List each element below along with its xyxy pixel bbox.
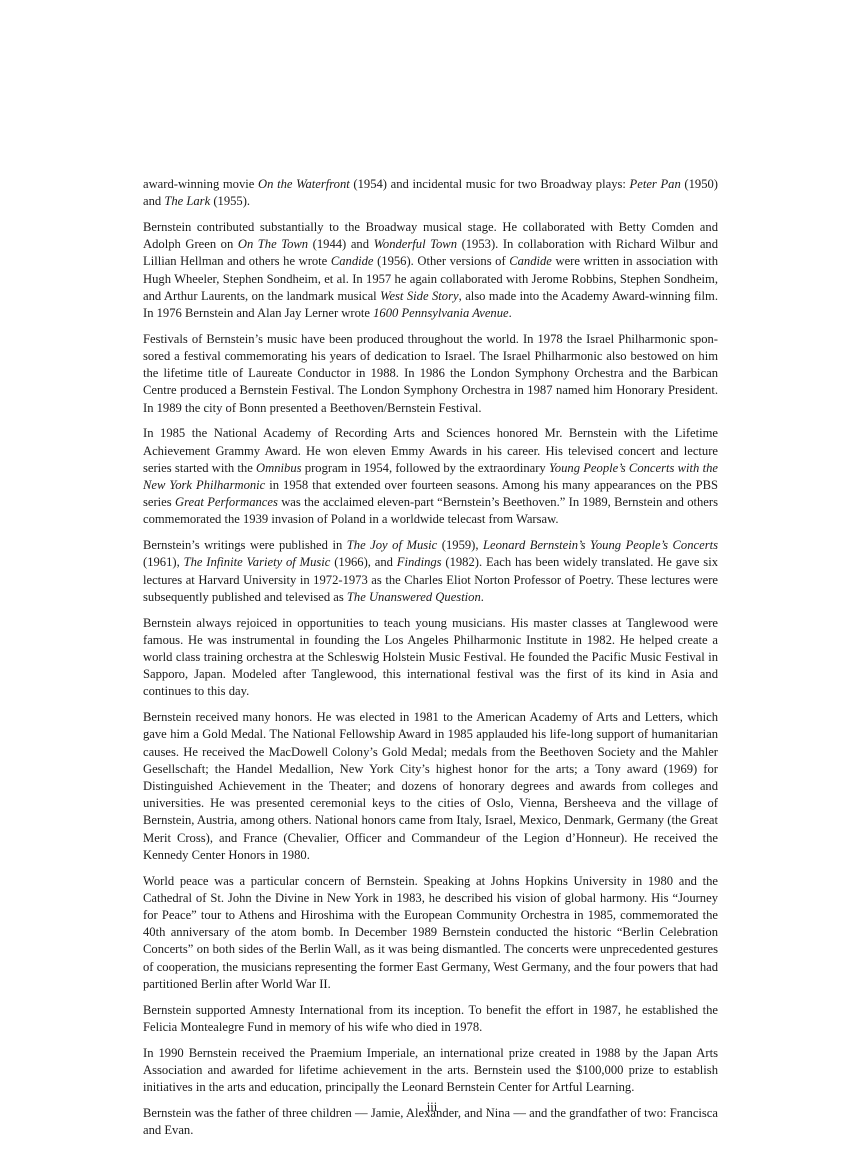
italic-title: 1600 Pennsylvania Avenue	[373, 306, 508, 320]
text-run: Bernstein received many honors. He was e…	[143, 710, 718, 862]
italic-title: Omnibus	[256, 461, 301, 475]
text-run: Bernstein’s writings were published in	[143, 538, 347, 552]
italic-title: The Lark	[164, 194, 210, 208]
text-run: Bernstein always rejoiced in opportuniti…	[143, 616, 718, 699]
text-run: award-winning movie	[143, 177, 258, 191]
italic-title: Peter Pan	[630, 177, 681, 191]
italic-title: Wonderful Town	[374, 237, 457, 251]
text-run: (1966), and	[330, 555, 396, 569]
italic-title: Candide	[509, 254, 552, 268]
italic-title: The Joy of Music	[347, 538, 438, 552]
italic-title: On the Waterfront	[258, 177, 350, 191]
italic-title: Candide	[331, 254, 374, 268]
paragraph-festivals: Festivals of Bernstein’s music have been…	[143, 331, 718, 417]
text-run: (1954) and incidental music for two Broa…	[350, 177, 630, 191]
text-run: (1961),	[143, 555, 184, 569]
text-run: (1955).	[210, 194, 250, 208]
document-body: award-winning movie On the Waterfront (1…	[143, 176, 718, 1148]
text-run: In 1990 Bernstein received the Praemium …	[143, 1046, 718, 1094]
paragraph-praemium: In 1990 Bernstein received the Praemium …	[143, 1045, 718, 1097]
paragraph-grammy-emmy: In 1985 the National Academy of Recordin…	[143, 425, 718, 528]
page-number: iii	[0, 1100, 864, 1115]
italic-title: West Side Story	[380, 289, 458, 303]
paragraph-broadway: Bernstein contributed substantially to t…	[143, 219, 718, 322]
paragraph-writings: Bernstein’s writings were published in T…	[143, 537, 718, 606]
italic-title: The Infinite Variety of Music	[184, 555, 331, 569]
text-run: World peace was a particular concern of …	[143, 874, 718, 991]
italic-title: Great Performances	[175, 495, 278, 509]
paragraph-waterfront: award-winning movie On the Waterfront (1…	[143, 176, 718, 210]
text-run: Bernstein supported Amnesty Internationa…	[143, 1003, 718, 1034]
text-run: program in 1954, followed by the extraor…	[302, 461, 549, 475]
italic-title: On The Town	[238, 237, 308, 251]
text-run: (1944) and	[308, 237, 373, 251]
text-run: (1959),	[437, 538, 483, 552]
italic-title: Leonard Bernstein’s Young People’s Conce…	[483, 538, 718, 552]
text-run: .	[509, 306, 512, 320]
text-run: Festivals of Bernstein’s music have been…	[143, 332, 718, 415]
paragraph-world-peace: World peace was a particular concern of …	[143, 873, 718, 993]
paragraph-teaching: Bernstein always rejoiced in opportuniti…	[143, 615, 718, 701]
italic-title: Findings	[397, 555, 442, 569]
text-run: (1956). Other versions of	[374, 254, 510, 268]
paragraph-honors: Bernstein received many honors. He was e…	[143, 709, 718, 864]
italic-title: The Unanswered Question	[347, 590, 481, 604]
text-run: .	[481, 590, 484, 604]
paragraph-amnesty: Bernstein supported Amnesty Internationa…	[143, 1002, 718, 1036]
